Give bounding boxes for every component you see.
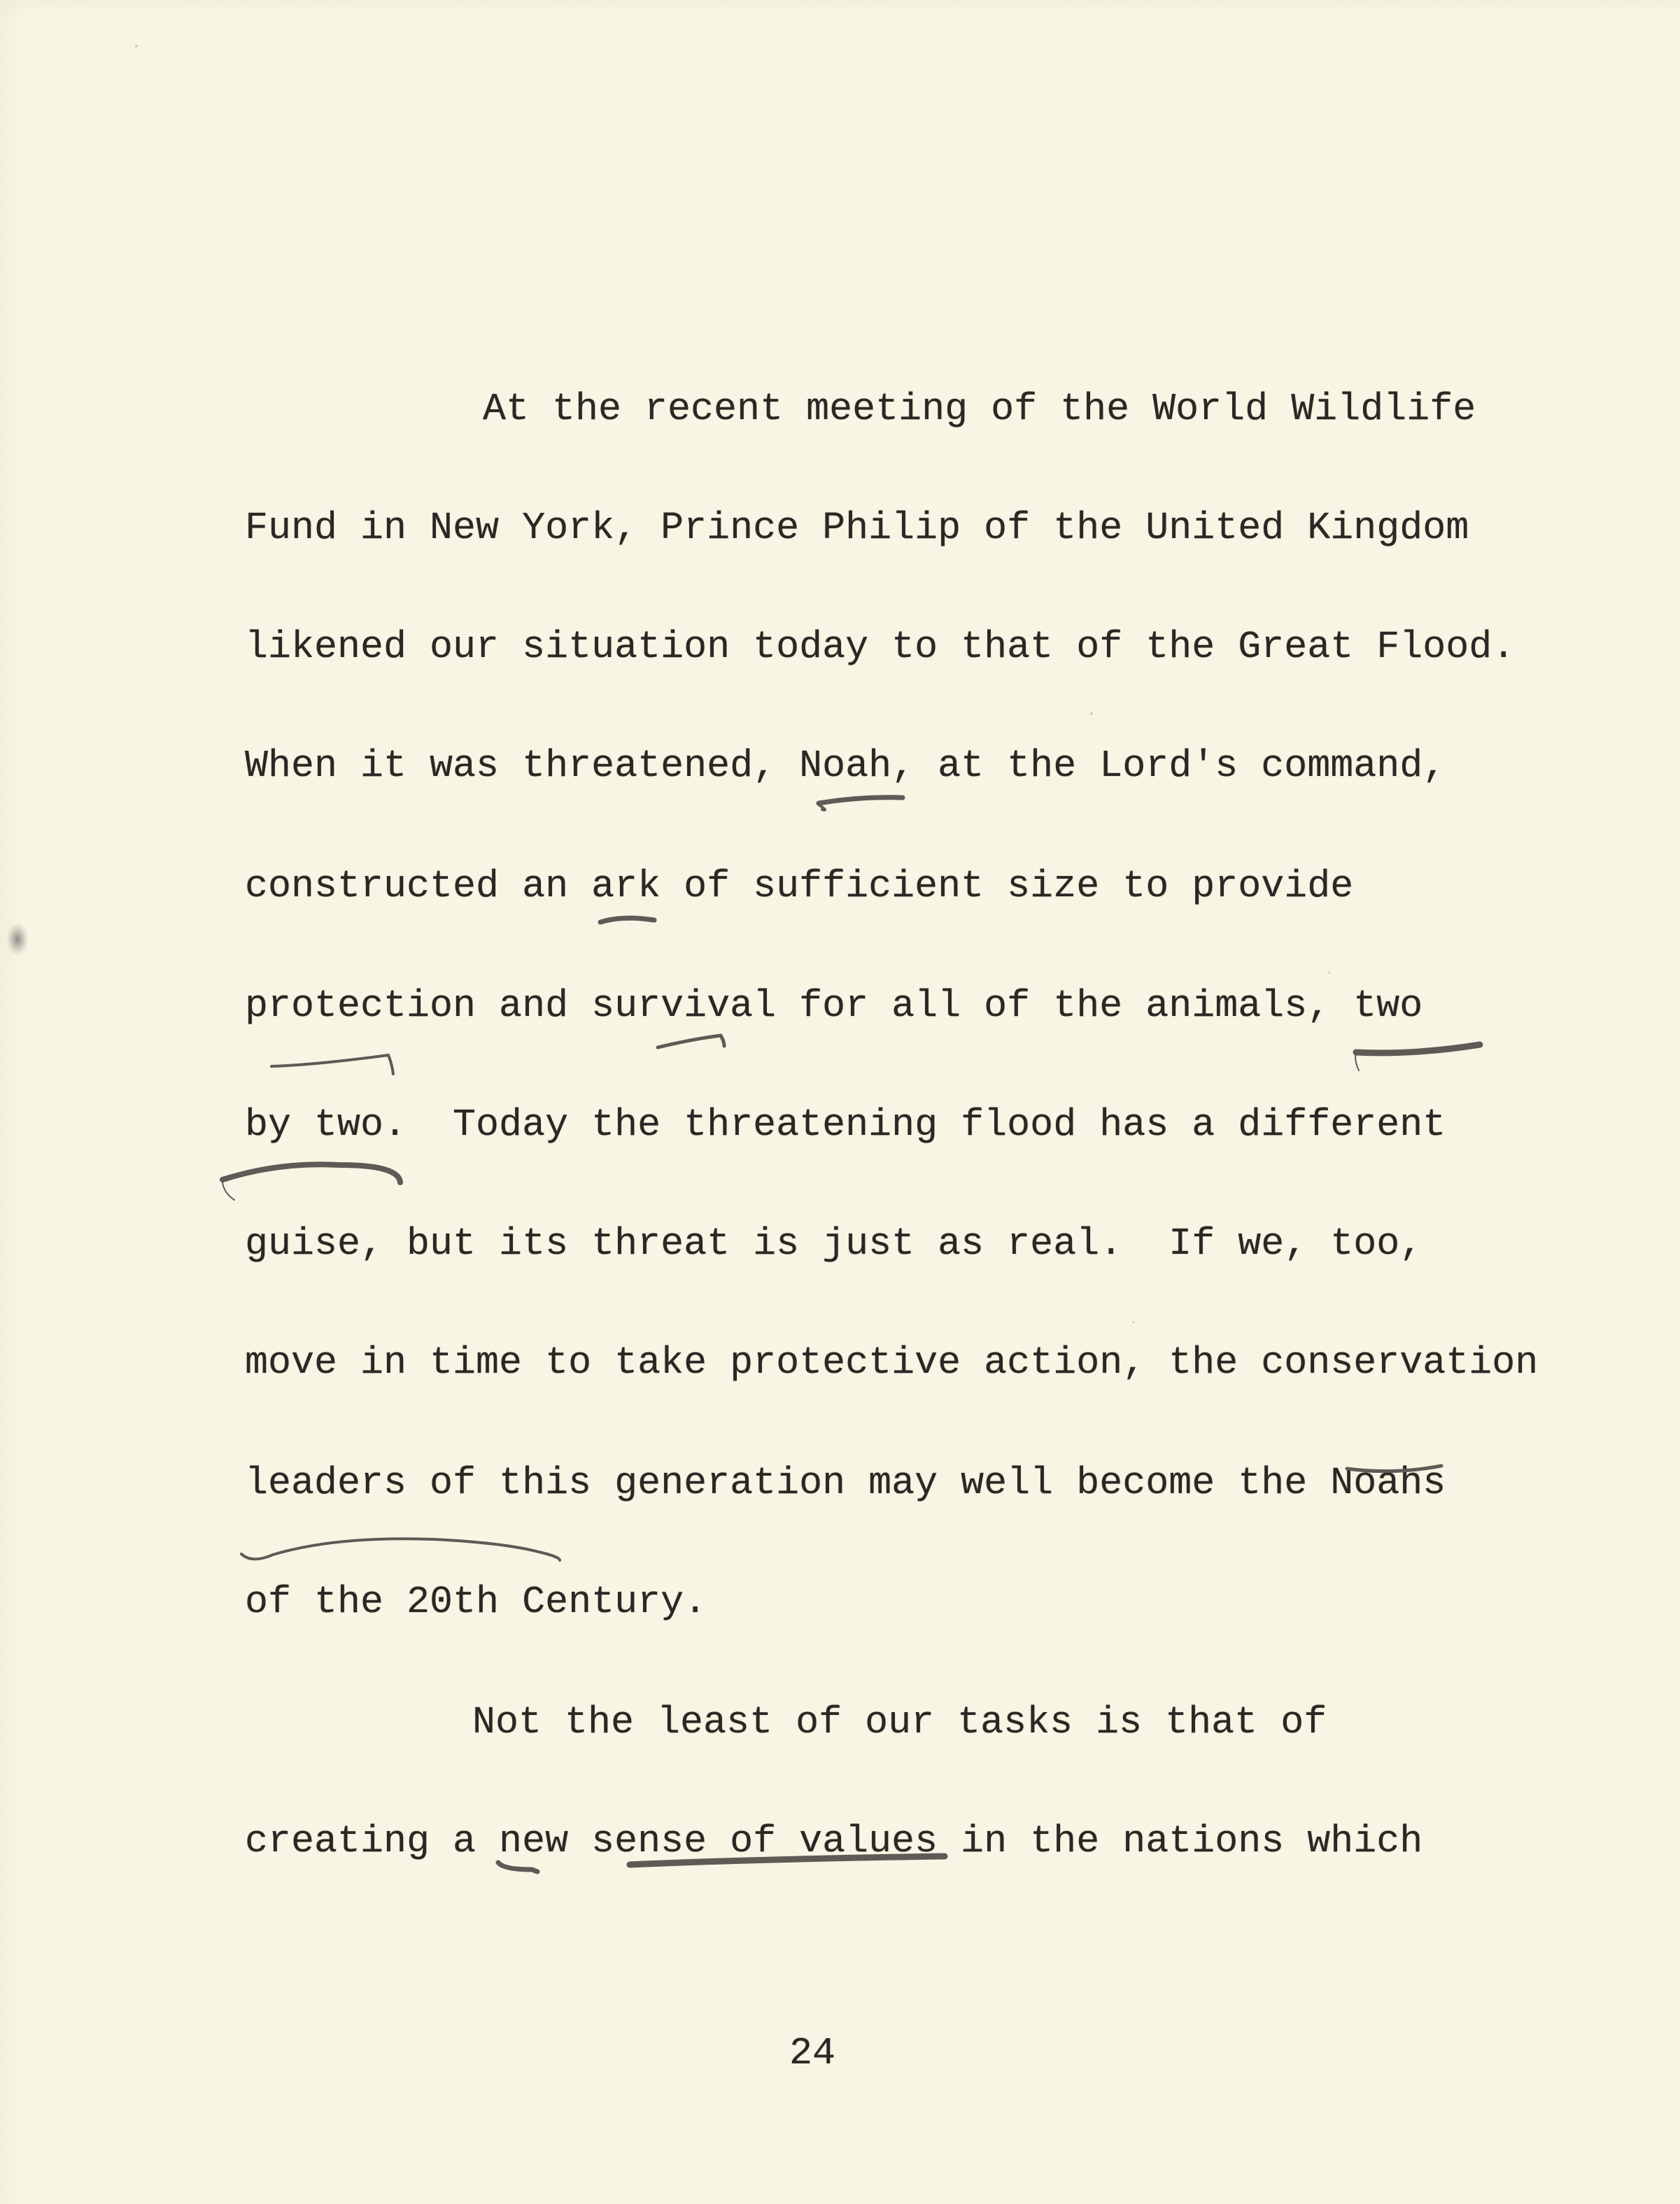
paragraph-2-line-2: creating a new sense of values in the na… xyxy=(245,1821,1423,1863)
paragraph-1-line-6: protection and survival for all of the a… xyxy=(245,985,1423,1027)
paragraph-2-line-1: Not the least of our tasks is that of xyxy=(472,1702,1327,1744)
paragraph-1-line-1: At the recent meeting of the World Wildl… xyxy=(483,388,1476,430)
paragraph-1-line-4: When it was threatened, Noah, at the Lor… xyxy=(245,745,1446,787)
paragraph-1-line-5: constructed an ark of sufficient size to… xyxy=(245,866,1353,907)
paragraph-1-line-8: guise, but its threat is just as real. I… xyxy=(245,1223,1423,1265)
underline-by-two xyxy=(223,1164,400,1182)
paragraph-1-line-10: leaders of this generation may well beco… xyxy=(245,1462,1446,1504)
underline-ark xyxy=(600,918,654,922)
paragraph-1-line-7: by two. Today the threatening flood has … xyxy=(245,1104,1446,1146)
pencil-underlines xyxy=(0,0,1680,2204)
underline-noah xyxy=(819,798,903,803)
paragraph-1-line-9: move in time to take protective action, … xyxy=(245,1342,1538,1384)
underline-protection xyxy=(271,1055,393,1074)
paragraph-1-line-2: Fund in New York, Prince Philip of the U… xyxy=(245,507,1469,549)
underline-20th-century xyxy=(241,1539,560,1560)
paragraph-1-line-3: likened our situation today to that of t… xyxy=(245,626,1515,668)
paragraph-1-line-11: of the 20th Century. xyxy=(245,1581,707,1623)
underline-new xyxy=(498,1863,537,1872)
margin-smudge xyxy=(7,924,28,955)
page-number: 24 xyxy=(789,2033,835,2075)
underline-survival xyxy=(658,1036,724,1047)
underline-two xyxy=(1356,1045,1480,1053)
typed-page: At the recent meeting of the World Wildl… xyxy=(0,0,1680,2204)
